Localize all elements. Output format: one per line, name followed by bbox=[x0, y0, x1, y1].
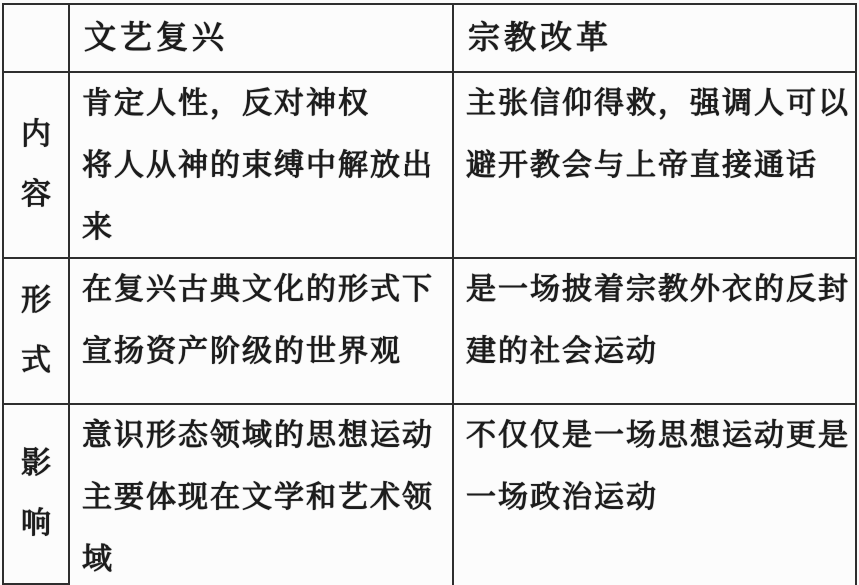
text-line: 肯定人性，反对神权 bbox=[82, 73, 446, 135]
row-label-influence: 影响 bbox=[4, 405, 70, 585]
text-line: 域 bbox=[82, 529, 446, 585]
cell-form-renaissance: 在复兴古典文化的形式下 宣扬资产阶级的世界观 bbox=[70, 259, 454, 405]
row-label-form-text: 形式 bbox=[18, 271, 54, 391]
text-line: 意识形态领域的思想运动 bbox=[82, 405, 446, 467]
text-line: 主要体现在文学和艺术领 bbox=[82, 467, 446, 529]
column-header-renaissance: 文艺复兴 bbox=[70, 5, 454, 73]
reformation-header-label: 宗教改革 bbox=[468, 12, 612, 58]
text-line: 在复兴古典文化的形式下 bbox=[82, 259, 446, 321]
cell-influence-reformation: 不仅仅是一场思想运动更是 一场政治运动 bbox=[454, 405, 855, 585]
column-header-reformation: 宗教改革 bbox=[454, 5, 855, 73]
text-line: 将人从神的束缚中解放出 bbox=[82, 135, 446, 197]
text-line: 主张信仰得救，强调人可以 bbox=[466, 73, 849, 135]
cell-influence-renaissance: 意识形态领域的思想运动 主要体现在文学和艺术领 域 bbox=[70, 405, 454, 585]
text-line: 一场政治运动 bbox=[466, 467, 849, 529]
row-label-influence-text: 影响 bbox=[18, 434, 54, 554]
text-line: 来 bbox=[82, 197, 446, 259]
text-line: 避开教会与上帝直接通话 bbox=[466, 135, 849, 197]
row-label-content: 内容 bbox=[4, 73, 70, 259]
text-line: 宣扬资产阶级的世界观 bbox=[82, 321, 446, 383]
row-label-content-text: 内容 bbox=[18, 105, 54, 225]
renaissance-header-label: 文艺复兴 bbox=[84, 12, 228, 58]
comparison-table: 文艺复兴 宗教改革 内容 肯定人性，反对神权 将人从神的束缚中解放出 来 主张信… bbox=[2, 3, 857, 585]
cell-form-reformation: 是一场披着宗教外衣的反封 建的社会运动 bbox=[454, 259, 855, 405]
text-line: 是一场披着宗教外衣的反封 bbox=[466, 259, 849, 321]
cell-content-renaissance: 肯定人性，反对神权 将人从神的束缚中解放出 来 bbox=[70, 73, 454, 259]
cell-content-reformation: 主张信仰得救，强调人可以 避开教会与上帝直接通话 bbox=[454, 73, 855, 259]
header-corner-cell bbox=[4, 5, 70, 73]
text-line: 建的社会运动 bbox=[466, 321, 849, 383]
scanned-page: 文艺复兴 宗教改革 内容 肯定人性，反对神权 将人从神的束缚中解放出 来 主张信… bbox=[0, 0, 859, 585]
row-label-form: 形式 bbox=[4, 259, 70, 405]
text-line: 不仅仅是一场思想运动更是 bbox=[466, 405, 849, 467]
